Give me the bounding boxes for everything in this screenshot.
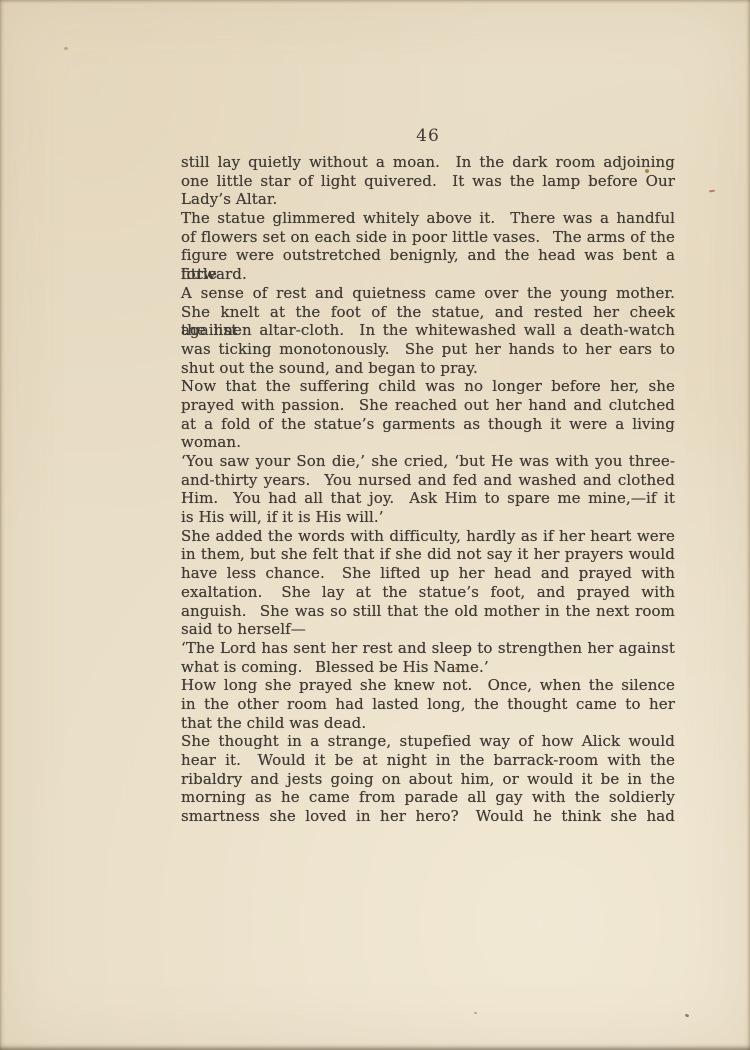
text-line: ‘The Lord has sent her rest and sleep to… [181, 639, 675, 658]
text-line: what is coming. Blessed be His Name.’ [181, 658, 675, 677]
text-line: Now that the suffering child was no long… [181, 377, 675, 396]
text-line: anguish. She was so still that the old m… [181, 602, 675, 621]
text-line: still lay quietly without a moan. In the… [181, 153, 675, 172]
text-line: hear it. Would it be at night in the bar… [181, 751, 675, 770]
text-line: is His will, if it is His will.’ [181, 508, 675, 527]
text-line: said to herself— [181, 620, 675, 639]
text-line: figure were outstretched benignly, and t… [181, 246, 675, 265]
text-line: Him. You had all that joy. Ask Him to sp… [181, 489, 675, 508]
text-line: How long she prayed she knew not. Once, … [181, 676, 675, 695]
text-line: of flowers set on each side in poor litt… [181, 228, 675, 247]
book-page: 46 still lay quietly without a moan. In … [0, 0, 750, 1050]
paper-speck [64, 47, 68, 50]
text-line: exaltation. She lay at the statue’s foot… [181, 583, 675, 602]
text-line: ‘You saw your Son die,’ she cried, ‘but … [181, 452, 675, 471]
text-line: that the child was dead. [181, 714, 675, 733]
text-line: forward. [181, 265, 675, 284]
text-line: smartness she loved in her hero? Would h… [181, 807, 675, 826]
text-line: in the other room had lasted long, the t… [181, 695, 675, 714]
text-line: She thought in a strange, stupefied way … [181, 732, 675, 751]
text-line: the linen altar-cloth. In the whitewashe… [181, 321, 675, 340]
page-number: 46 [181, 126, 675, 146]
text-line: was ticking monotonously. She put her ha… [181, 340, 675, 359]
paper-speck [474, 1012, 477, 1014]
text-line: She knelt at the foot of the statue, and… [181, 303, 675, 322]
text-line: ribaldry and jests going on about him, o… [181, 770, 675, 789]
text-line: Lady’s Altar. [181, 190, 675, 209]
text-line: shut out the sound, and began to pray. [181, 359, 675, 378]
text-line: at a fold of the statue’s garments as th… [181, 415, 675, 434]
text-line: A sense of rest and quietness came over … [181, 284, 675, 303]
paper-speck [685, 1013, 690, 1017]
text-line: morning as he came from parade all gay w… [181, 788, 675, 807]
text-line: prayed with passion. She reached out her… [181, 396, 675, 415]
text-line: one little star of light quivered. It wa… [181, 172, 675, 191]
text-block: still lay quietly without a moan. In the… [181, 153, 675, 826]
text-line: in them, but she felt that if she did no… [181, 545, 675, 564]
text-line: and-thirty years. You nursed and fed and… [181, 471, 675, 490]
text-line: She added the words with difficulty, har… [181, 527, 675, 546]
text-line: have less chance. She lifted up her head… [181, 564, 675, 583]
paper-speck [709, 190, 715, 193]
text-line: woman. [181, 433, 675, 452]
text-line: The statue glimmered whitely above it. T… [181, 209, 675, 228]
